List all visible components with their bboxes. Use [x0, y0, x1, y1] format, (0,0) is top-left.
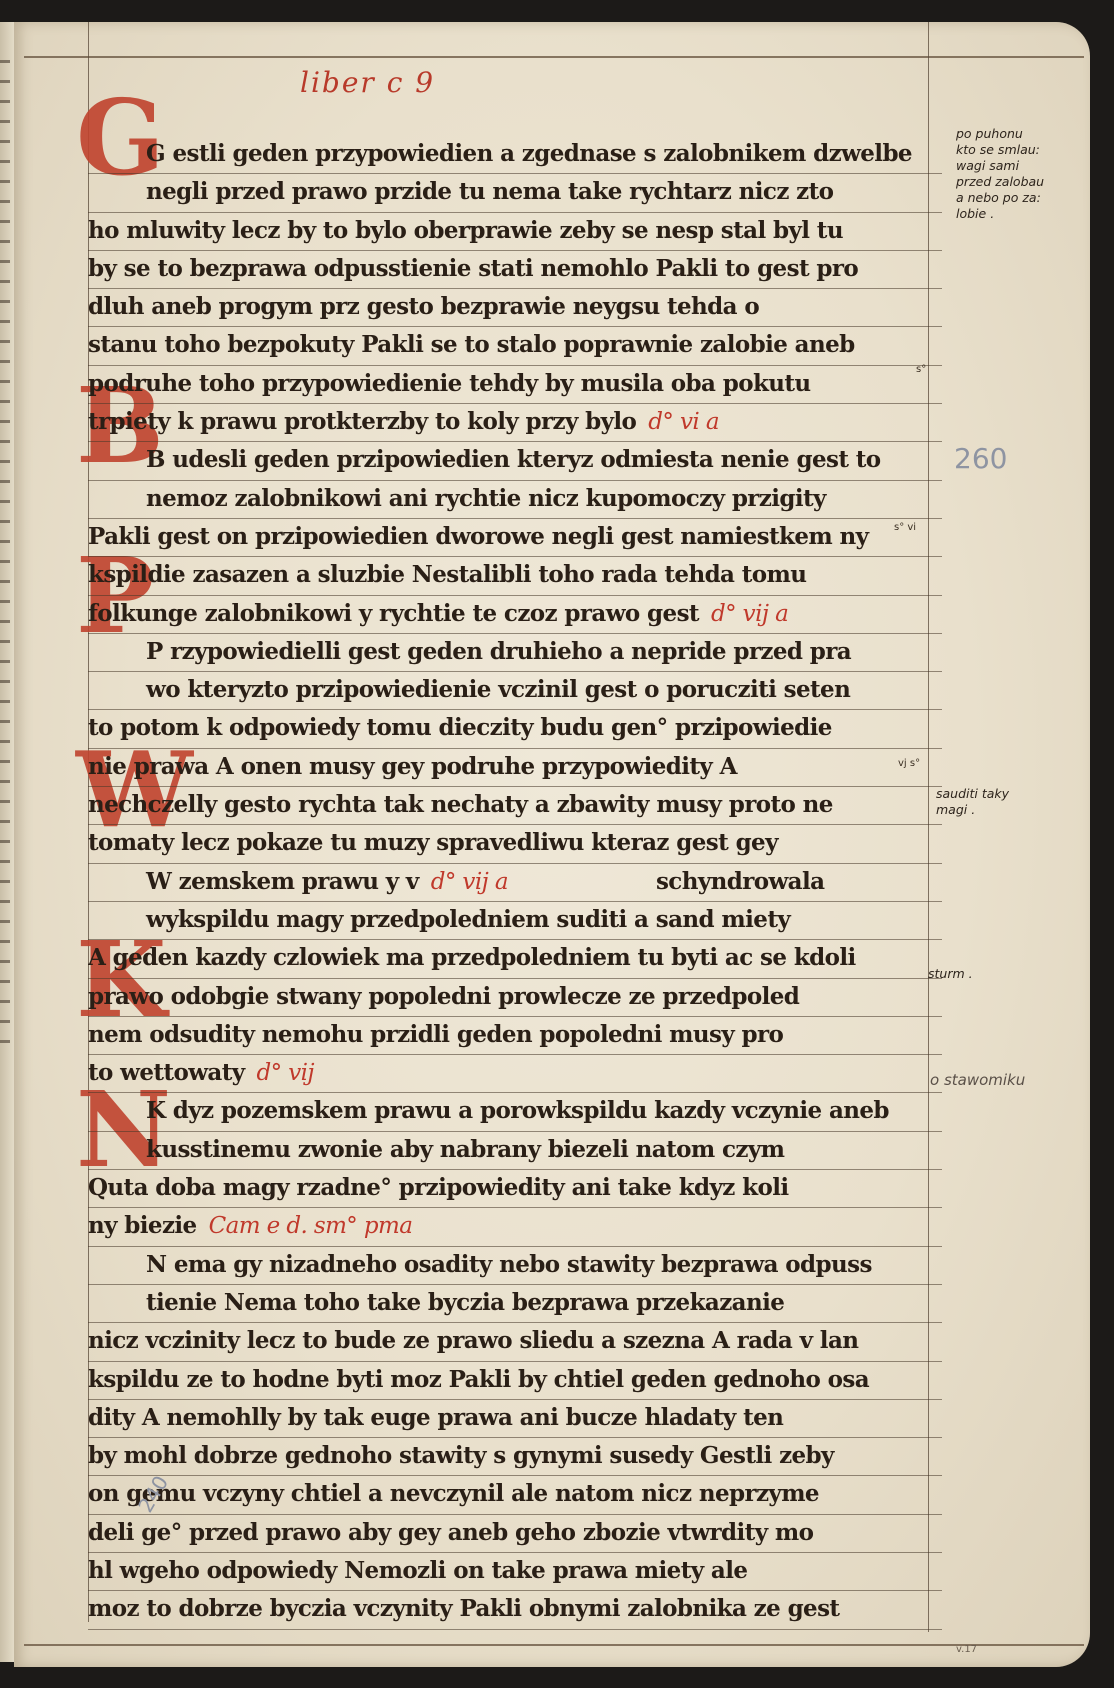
text-line: nicz vczinity lecz to bude ze prawo slie… [88, 1323, 942, 1361]
rubric-reference: Cam e d. sm° pma [209, 1213, 413, 1239]
text-line: dluh aneb progym prz gesto bezprawie ney… [88, 289, 942, 327]
text-line: nemoz zalobnikowi ani rychtie nicz kupom… [88, 481, 942, 519]
text-line: Quta doba magy rzadne° przipowiedity ani… [88, 1170, 942, 1208]
margin-note: sturm . [928, 966, 973, 982]
text-line: N ema gy nizadneho osadity nebo stawity … [88, 1247, 942, 1285]
text-line: hl wgeho odpowiedy Nemozli on take prawa… [88, 1553, 942, 1591]
text-line: nem odsudity nemohu przidli geden popole… [88, 1017, 942, 1055]
text-line: W zemskem prawu y vd° vij aschyndrowala [88, 864, 942, 902]
margin-note: po puhonu kto se smlau: wagi sami przed … [956, 126, 1044, 222]
text-line: P rzypowiedielli gest geden druhieho a n… [88, 634, 942, 672]
text-line: G estli geden przypowiedien a zgednase s… [88, 136, 942, 174]
text-line: tienie Nema toho take byczia bezprawa pr… [88, 1285, 942, 1323]
line-end-mark: s° vi [894, 522, 916, 533]
text-line: deli ge° przed prawo aby gey aneb geho z… [88, 1515, 942, 1553]
text-line: wykspildu magy przedpoledniem suditi a s… [88, 902, 942, 940]
text-line: nie prawa A onen musy gey podruhe przypo… [88, 749, 942, 787]
main-text-column: G estli geden przypowiedien a zgednase s… [88, 136, 942, 1630]
margin-note: sauditi taky magi . [936, 786, 1009, 818]
text-line: podruhe toho przypowiedienie tehdy by mu… [88, 366, 942, 404]
text-line: ny biezieCam e d. sm° pma [88, 1208, 942, 1246]
text-line: moz to dobrze byczia vczynity Pakli obny… [88, 1591, 942, 1629]
running-title: liber c 9 [300, 66, 435, 99]
text-line: negli przed prawo przide tu nema take ry… [88, 174, 942, 212]
text-line: by mohl dobrze gednoho stawity s gynymi … [88, 1438, 942, 1476]
text-line: dity A nemohlly by tak euge prawa ani bu… [88, 1400, 942, 1438]
text-line: prawo odobgie stwany popoledni prowlecze… [88, 979, 942, 1017]
text-line: to potom k odpowiedy tomu dieczity budu … [88, 710, 942, 748]
rubric-reference: d° vi a [648, 409, 719, 435]
rubric-reference: d° vij [256, 1060, 313, 1086]
text-line: kusstinemu zwonie aby nabrany biezeli na… [88, 1132, 942, 1170]
text-line: ho mluwity lecz by to bylo oberprawie ze… [88, 213, 942, 251]
text-line: A geden kazdy czlowiek ma przedpoledniem… [88, 940, 942, 978]
bottom-ruling [24, 1644, 1084, 1646]
margin-note: o stawomiku [930, 1072, 1025, 1088]
text-line: Pakli gest on przipowiedien dworowe negl… [88, 519, 942, 557]
manuscript-page: liber c 9 G B P W K N G estli geden przy… [14, 22, 1090, 1667]
text-line: B udesli geden przipowiedien kteryz odmi… [88, 442, 942, 480]
text-line: stanu toho bezpokuty Pakli se to stalo p… [88, 327, 942, 365]
text-line: wo kteryzto przipowiedienie vczinil gest… [88, 672, 942, 710]
previous-page-text-strip [0, 60, 10, 1060]
text-line: kspildu ze to hodne byti moz Pakli by ch… [88, 1362, 942, 1400]
top-ruling [24, 56, 1084, 58]
text-line: trpiety k prawu protkterzby to koly przy… [88, 404, 942, 442]
rubric-reference: d° vij a [431, 869, 508, 895]
pencil-folio-number: 260 [954, 442, 1007, 475]
text-line: to wettowatyd° vij [88, 1055, 942, 1093]
text-line: on gemu vczyny chtiel a nevczynil ale na… [88, 1476, 942, 1514]
text-line: kspildie zasazen a sluzbie Nestalibli to… [88, 557, 942, 595]
line-end-mark: s° [916, 364, 926, 375]
text-line: nechczelly gesto rychta tak nechaty a zb… [88, 787, 942, 825]
pencil-number-bottom-right: v.17 [956, 1644, 977, 1655]
text-line: folkunge zalobnikowi y rychtie te czoz p… [88, 596, 942, 634]
text-line: tomaty lecz pokaze tu muzy spravedliwu k… [88, 825, 942, 863]
rubric-reference: d° vij a [711, 601, 788, 627]
text-line: by se to bezprawa odpusstienie stati nem… [88, 251, 942, 289]
line-end-mark: vj s° [898, 758, 920, 769]
text-line: K dyz pozemskem prawu a porowkspildu kaz… [88, 1093, 942, 1131]
